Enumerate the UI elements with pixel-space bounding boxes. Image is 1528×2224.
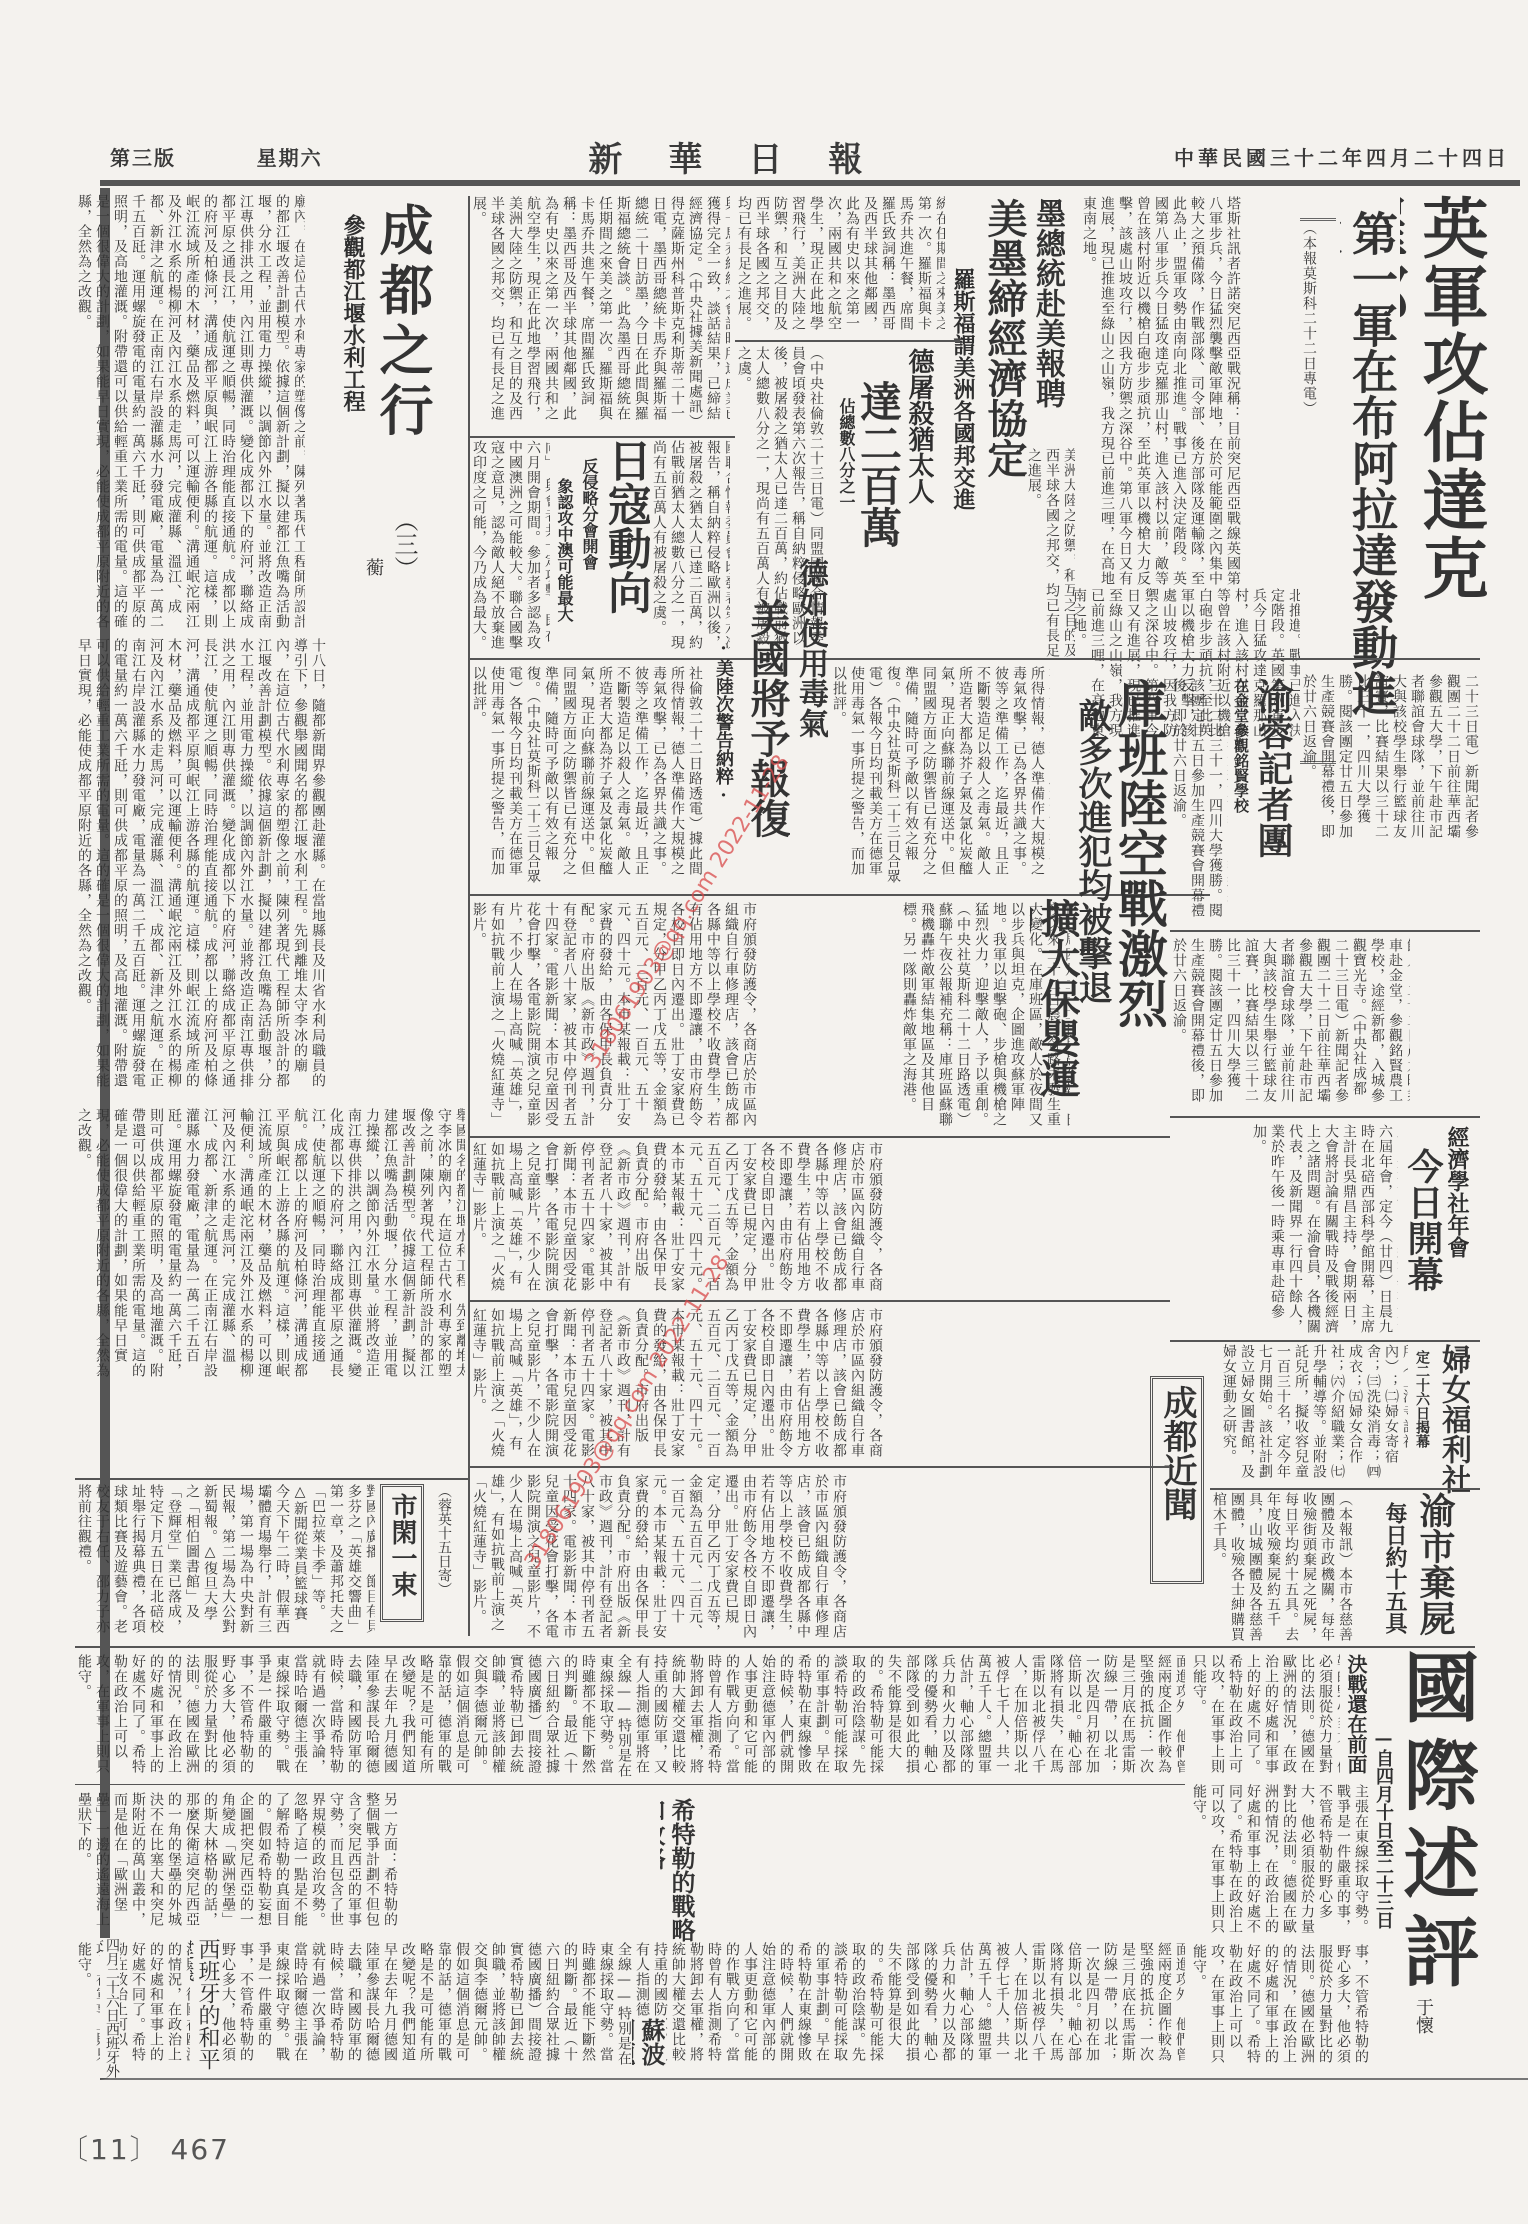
intl-period: —自四月十日至二十三日 xyxy=(1372,1728,1394,1958)
mexico-body-b: （中央社墨西哥城二十三日路透電）墨國外長巴蒂拉今日談：及羅斯福與卡馬乔總統之會談… xyxy=(735,196,945,336)
intl-body-b: 千百萬雙眼睛盯住突尼西亞。二十一日，突尼西亞英第八軍佔領安非達維爾；三月二十一日… xyxy=(1190,1784,1370,1934)
page-number: 467 xyxy=(171,2133,230,2166)
trip-section-title: 參觀都江堰水利工程 xyxy=(340,214,366,414)
lead-headline-block: 英軍攻佔達克羅那 xyxy=(1400,194,1490,634)
trip-part: （三） xyxy=(390,508,418,568)
press-body-b: （中央社成都二十二日電）渝蓉記者團一行五十餘人，二十二日晨九時乘車赴金堂，參觀銘… xyxy=(1170,938,1410,1108)
market-body: △中華交響樂團第四次演出，定今晚八時，對國內廣播，節目有貝多芬之「英雄交響曲」第… xyxy=(75,1484,375,1634)
lead-body: 塔斯社訊者許諾突尼西亞戰況稱：目前突尼西亞戰線英國第八軍步兵，今日猛烈襲擊敵軍陣… xyxy=(1080,196,1242,586)
lead-headline: 英軍攻佔達克羅那 xyxy=(1400,194,1490,634)
press-kicker: 在金堂參觀銘賢學校 xyxy=(1232,678,1250,918)
japan-body: （本報訊）中國反侵略分會於昨（二十三）日下午二時在該會舉行座談會，討論「日本的動… xyxy=(470,440,550,650)
japan-kicker: 反侵略分會開會 xyxy=(579,458,599,658)
chengdu-news-label: 成都近聞 xyxy=(1150,1376,1204,1584)
japan-headline-block: 日寇動向 xyxy=(600,438,650,638)
trip-headline: 成都之行 xyxy=(372,202,434,522)
trip-body-a: 十八日，隨都新聞界參觀團赴灌縣。在當地縣長及川省水利局職員的導引下，參觀舉國聞名… xyxy=(75,194,305,634)
intl-body-c: 千百萬雙眼睛盯住突尼西亞。二十一日，突尼西亞英第八軍佔領安非達維爾；三月二十一日… xyxy=(1190,1944,1370,2074)
trip-body-b: 十八日，隨都新聞界參觀團赴灌縣。在當地縣長及川省水利局職員的導引下，參觀舉國聞名… xyxy=(75,638,465,1098)
mexico-body-c: （中央社墨西哥城二十三日路透電）墨國外長巴蒂拉今日談：及羅斯福與卡馬乔總統之會談… xyxy=(470,196,730,431)
divider xyxy=(470,658,1480,660)
mexico-body: （中央社墨西哥城二十三日路透電）墨國外長巴蒂拉今日談：及羅斯福與卡馬乔總統之會談… xyxy=(735,196,945,336)
divider xyxy=(75,1784,1185,1785)
trip-part-block: （三） xyxy=(388,508,418,568)
mexico-subheadline: 羅斯福謂美洲各國邦交進展 xyxy=(950,268,976,518)
corpses-body: （本報訊）本市各慈善團體及市政機關，每年收殮街頭棄屍之死屍，每日平均約十五具。去… xyxy=(1210,1492,1380,1642)
trip-body: 十八日，隨都新聞界參觀團赴灌縣。在當地縣長及川省水利局職員的導引下，參觀舉國聞名… xyxy=(75,194,305,634)
market-label: 市閑一束 xyxy=(387,1493,417,1613)
divider xyxy=(75,1646,1475,1648)
intl-signoff: 四月二十六日西班牙外交 xyxy=(100,1938,120,2078)
market-dateline-block: （蓉英十五日寄） xyxy=(430,1484,452,1644)
divider xyxy=(470,1136,1170,1138)
divider xyxy=(470,1466,1170,1468)
intl-signoff-block: 四月二十六日西班牙外交 xyxy=(100,1938,120,2078)
trip-section-block: 參觀都江堰水利工程 xyxy=(310,214,366,414)
market-label-block: 市閑一束 xyxy=(380,1484,424,1622)
econ-body: （中央社訊）中國經濟學社第十六屆年會，定今（廿四）日晨九時在北碚西部科學館開幕，… xyxy=(1250,1124,1398,1334)
mexico-kicker: 墨總統赴美報聘 xyxy=(1029,198,1065,438)
women-body: （本報訊）新運婦女福利社，經該社社長宋美齡及劉主任籌備，定二十六日正式開幕。所辦… xyxy=(1220,1344,1408,1484)
press-headline: 渝蓉記者團 xyxy=(1252,678,1294,928)
masthead: 第三版 星期六 新華日報 中華民國三十二年四月二十四日 xyxy=(110,136,1510,176)
intl-headline-block: 國際述評 xyxy=(1390,1648,1480,2078)
newspaper-page: 第三版 星期六 新華日報 中華民國三十二年四月二十四日 英軍攻佔達克羅那 第一軍… xyxy=(70,118,1480,2108)
infant-headline: 擴大保嬰運動 xyxy=(1030,898,1080,1118)
chengdu-news-body-a: 市府頒發防護令，各商店於市區內組織自行車修理店，該會已飭成都各縣中等以上學校不收… xyxy=(470,1142,1150,1292)
intl-headline: 國際述評 xyxy=(1390,1648,1480,2078)
kuban-headline-block: 庫班陸空戰激烈 xyxy=(1110,678,1168,1118)
press-kicker-block: 在金堂參觀銘賢學校 xyxy=(1228,678,1250,918)
intl-section-block: 決戰還在前面 xyxy=(1342,1654,1368,1794)
intl-sub-block: 希特勒的戰略和政略 xyxy=(660,1798,696,1948)
press-body-top: （中央社成都二十二日電）渝蓉記者團一行五十餘人，二十二日晨九時乘車赴金堂，參觀銘… xyxy=(1300,674,1480,844)
divider xyxy=(1170,930,1480,932)
mexico-headline-block: 美墨締經濟協定 xyxy=(978,198,1028,498)
trip-byline: 蘅 xyxy=(362,558,384,618)
trip-headline-block: 成都之行 xyxy=(370,202,434,522)
jews-kicker: 佔總數八分之一 xyxy=(837,398,855,578)
japan-subheadline-block: 象認攻中澳可能最大 xyxy=(552,478,574,678)
lead-body-top: 塔斯社訊者許諾突尼西亞戰況稱：目前突尼西亞戰線英國第八軍步兵，今日猛烈襲擊敵軍陣… xyxy=(1080,196,1295,586)
japan-kicker-block: 反侵略分會開會 xyxy=(575,458,599,658)
gas-kicker-block: 德如使用毒氣 xyxy=(790,558,828,818)
mexico-subheadline-block: 羅斯福謂美洲各國邦交進展 xyxy=(950,268,976,518)
econ-headline: 今日開幕 xyxy=(1402,1148,1444,1348)
intl-body-row2: 另一方面：希特勒的整個戰爭計劃不但包含了突尼西亞的軍事守勢，而且包含了世界規模的… xyxy=(75,1792,1185,1932)
women-kicker-block: 定二十六日揭幕 xyxy=(1410,1350,1430,1500)
intl-byline-block: 于懷 xyxy=(1410,1998,1434,2078)
chengdu-news-body: 市府頒發防護令，各商店於市區內組織自行車修理店，該會已飭成都各縣中等以上學校不收… xyxy=(470,1142,884,1292)
page-footer: 〔11〕 467 xyxy=(60,2128,230,2168)
women-headline: 婦女福利社 xyxy=(1436,1344,1470,1494)
intl-body-row3: 千百萬雙眼睛盯住突尼西亞。二十一日，突尼西亞英第八軍佔領安非達維爾；三月二十一日… xyxy=(75,1942,1185,2076)
intl-sub2-block: 蘇波問題的癥結 xyxy=(632,2018,666,2078)
econ-kicker: 經濟學社年會 xyxy=(1444,1126,1470,1326)
divider xyxy=(1170,1116,1480,1118)
issue-date: 中華民國三十二年四月二十四日 xyxy=(1174,142,1510,171)
masthead-rule xyxy=(100,180,1520,186)
jews-kicker-block: 佔總數八分之一 xyxy=(835,398,855,578)
corpses-headline: 渝市棄屍 xyxy=(1414,1492,1456,1672)
intl-section-title: 決戰還在前面 xyxy=(1344,1654,1368,1794)
japan-subheadline: 象認攻中澳可能最大 xyxy=(554,478,574,678)
intl-body: 千百萬雙眼睛盯住突尼西亞。二十一日，突尼西亞英第八軍佔領安非達維爾；三月二十一日… xyxy=(1190,1654,1340,1774)
jews-body-cont: （中央社倫敦二十三日電）同盟國聯合情報委員會頃發表第六次報告，稱自納粹侵略歐洲以… xyxy=(650,440,730,650)
trip-byline-block: 蘅 xyxy=(360,558,384,618)
jews-subheadline-block: 達二百萬 xyxy=(855,380,901,620)
divider xyxy=(1210,1488,1480,1490)
intl-subsection-3: 西班牙的和平建議 xyxy=(190,1938,220,2078)
mexico-headline: 美墨締經濟協定 xyxy=(980,198,1028,498)
divider xyxy=(470,1300,1170,1302)
divider xyxy=(1170,1340,1480,1342)
japan-headline: 日寇動向 xyxy=(600,438,650,638)
press-body-a: （中央社成都二十二日電）渝蓉記者團一行五十餘人，二十二日晨九時乘車赴金堂，參觀銘… xyxy=(1170,678,1228,918)
divider xyxy=(735,340,960,342)
newspaper-title: 新華日報 xyxy=(588,132,908,181)
women-headline-block: 婦女福利社 xyxy=(1430,1344,1470,1494)
econ-kicker-block: 經濟學社年會 xyxy=(1440,1126,1470,1326)
intl-body-a: 千百萬雙眼睛盯住突尼西亞。二十一日，突尼西亞英第八軍佔領安非達維爾；三月二十一日… xyxy=(1190,1654,1340,1774)
gas-body-a: （中央社華盛頓二十二日路透電）陸軍次長柏德遜本日稱：如德國使用毒氣，美國將予報復… xyxy=(830,666,1050,886)
lead-subheadline-block: 第一軍在布阿拉達發動進攻 xyxy=(1340,210,1400,730)
econ-headline-block: 今日開幕 xyxy=(1400,1148,1444,1348)
lead-subheadline: 第一軍在布阿拉達發動進攻 xyxy=(1340,210,1400,730)
intl-subsection: 希特勒的戰略和政略 xyxy=(660,1798,696,1948)
mexico-kicker-block: 墨總統赴美報聘 xyxy=(1025,198,1065,438)
volume-label: 〔11〕 xyxy=(60,2133,160,2166)
corpses-headline-block: 渝市棄屍 xyxy=(1410,1492,1456,1672)
infant-headline-block: 擴大保嬰運動 xyxy=(1030,898,1080,1118)
trip-body-c: 十八日，隨都新聞界參觀團赴灌縣。在當地縣長及川省水利局職員的導引下，參觀舉國聞名… xyxy=(75,1108,465,1378)
gas-kicker: 德如使用毒氣 xyxy=(792,558,828,818)
mexico-body-a: （中央社墨西哥城二十三日路透電）墨國外長巴蒂拉今日談：及羅斯福與卡馬乔總統之會談… xyxy=(1025,448,1075,668)
jews-subheadline: 達二百萬 xyxy=(855,380,901,620)
divider xyxy=(75,1478,470,1480)
gas-body: （中央社華盛頓二十二日路透電）陸軍次長柏德遜本日稱：如德國使用毒氣，美國將予報復… xyxy=(470,666,705,886)
intl-sub3-block: 西班牙的和平建議 xyxy=(190,1938,220,2078)
gas-headline: 美國將予報復 xyxy=(744,598,790,878)
edition-label: 第三版 星期六 xyxy=(110,142,323,171)
intl-byline: 于懷 xyxy=(1412,1998,1434,2078)
press-headline-block: 渝蓉記者團 xyxy=(1250,678,1294,928)
gas-body-b: （中央社華盛頓二十二日路透電）陸軍次長柏德遜本日稱：如德國使用毒氣，美國將予報復… xyxy=(470,666,705,886)
intl-subsection-2: 蘇波問題的癥結 xyxy=(632,2018,666,2078)
intl-body-row1: 千百萬雙眼睛盯住突尼西亞。二十一日，突尼西亞英第八軍佔領安非達維爾；三月二十一日… xyxy=(75,1654,1185,1784)
women-kicker: 定二十六日揭幕 xyxy=(1413,1350,1430,1500)
intl-period-block: —自四月十日至二十三日 xyxy=(1370,1728,1394,1958)
jews-headline-block: 德屠殺猶太人 xyxy=(900,348,934,548)
chengdu-news-body-b: 市府頒發防護令，各商店於市區內組織自行車修理店，該會已飭成都各縣中等以上學校不收… xyxy=(470,1308,1150,1458)
kuban-headline: 庫班陸空戰激烈 xyxy=(1110,678,1168,1118)
jews-headline: 德屠殺猶太人 xyxy=(904,348,934,548)
column-divider xyxy=(468,196,470,1636)
